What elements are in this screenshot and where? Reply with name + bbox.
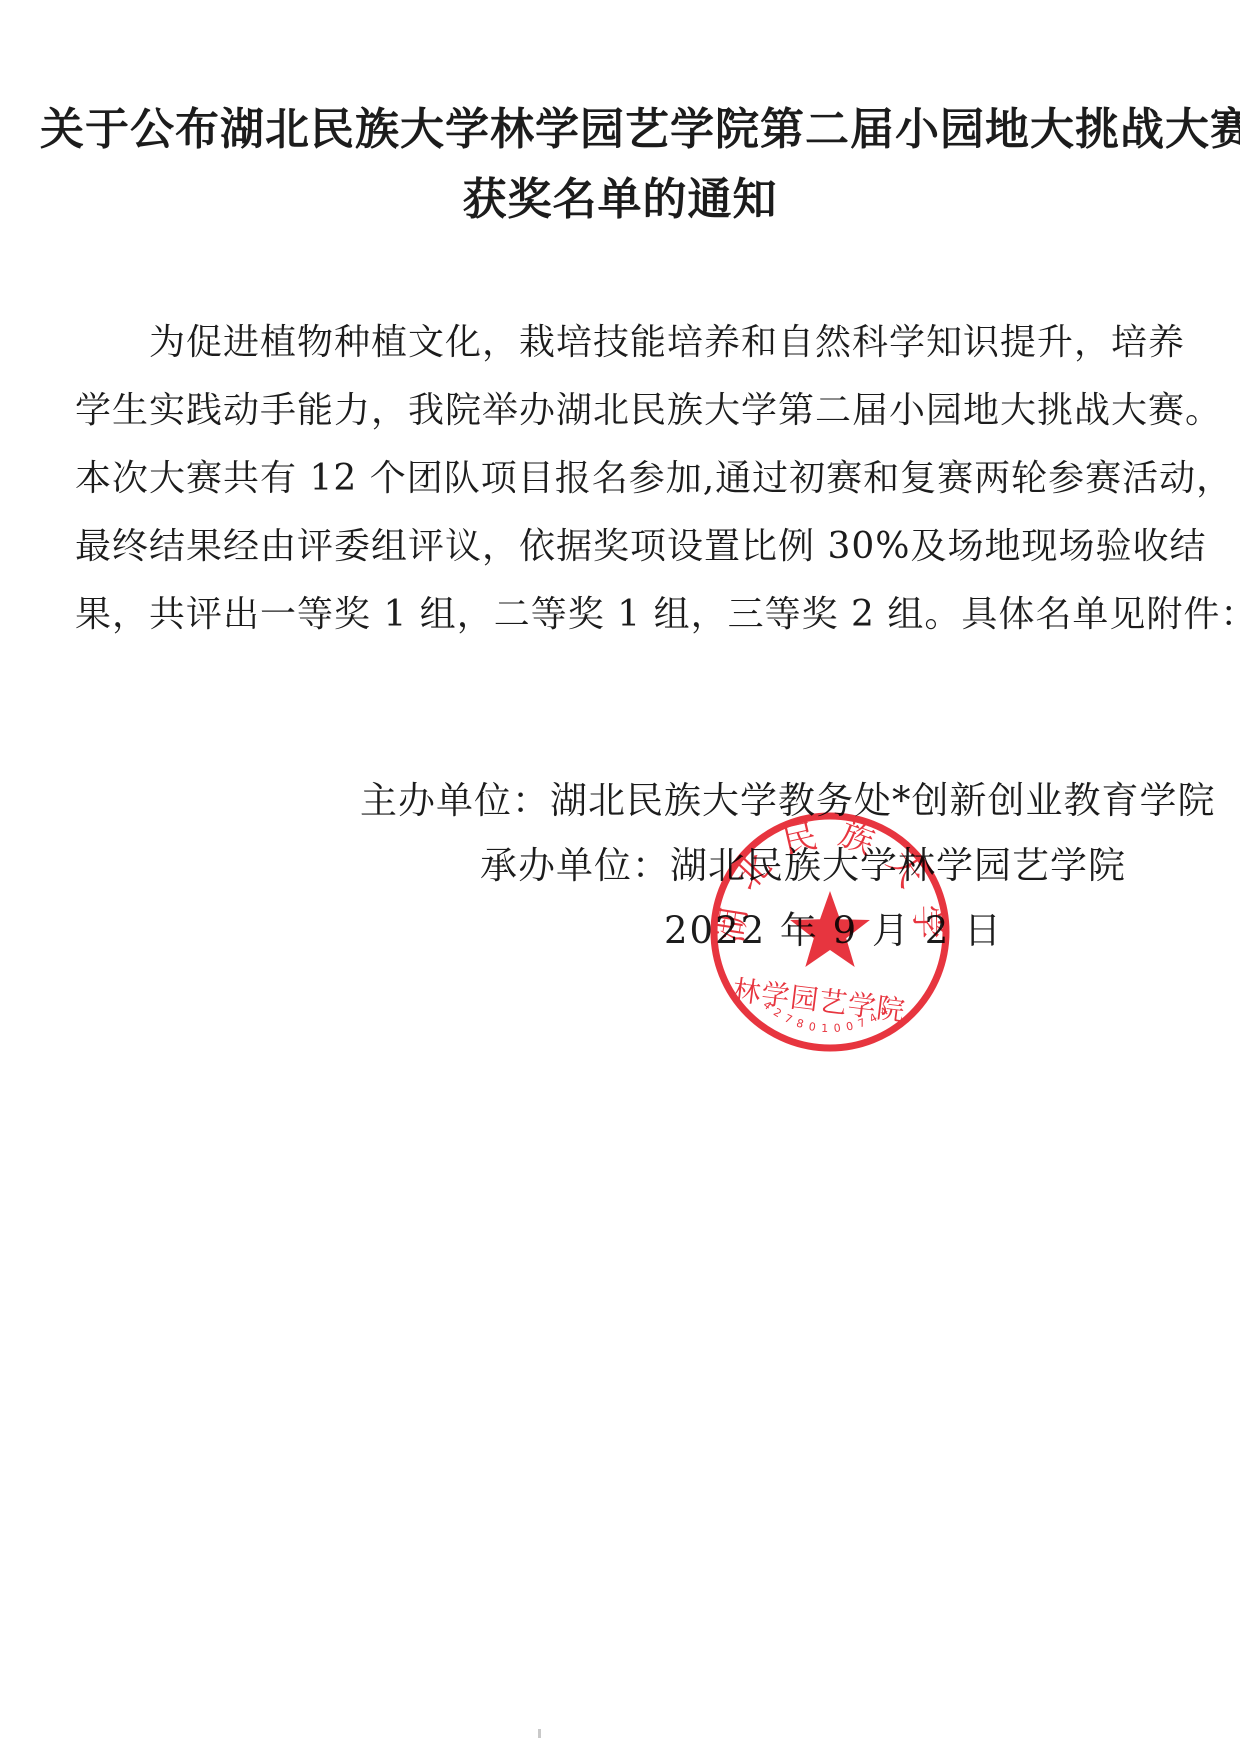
body-line: 学生实践动手能力，我院举办湖北民族大学第二届小园地大挑战大赛。: [75, 377, 1170, 445]
notice-title-line-2: 获奖名单的通知: [40, 170, 1200, 230]
notice-body: 为促进植物种植文化，栽培技能培养和自然科学知识提升，培养 学生实践动手能力，我院…: [75, 309, 1170, 649]
seal-bottom-text: 林学园艺学院: [731, 974, 908, 1028]
notice-date: 2022 年 9 月 2 日: [664, 909, 1003, 953]
body-line: 最终结果经由评委组评议，依据奖项设置比例 30%及场地现场验收结: [75, 513, 1170, 581]
undertaker-organization-line: 承办单位：湖北民族大学林学园艺学院: [480, 844, 1126, 888]
body-line: 为促进植物种植文化，栽培技能培养和自然科学知识提升，培养: [75, 309, 1170, 377]
body-line: 本次大赛共有 12 个团队项目报名参加,通过初赛和复赛两轮参赛活动，: [75, 445, 1170, 513]
body-line: 果，共评出一等奖 1 组，二等奖 1 组，三等奖 2 组。具体名单见附件：: [75, 581, 1170, 649]
seal-serial-number: 42780100744: [761, 998, 896, 1035]
notice-document-page: 关于公布湖北民族大学林学园艺学院第二届小园地大挑战大赛 获奖名单的通知 为促进植…: [0, 0, 1240, 1740]
scan-artifact-mark: [538, 1729, 541, 1738]
notice-title-line-1: 关于公布湖北民族大学林学园艺学院第二届小园地大挑战大赛: [40, 100, 1200, 160]
host-organization-line: 主办单位：湖北民族大学教务处*创新创业教育学院: [360, 779, 1216, 823]
